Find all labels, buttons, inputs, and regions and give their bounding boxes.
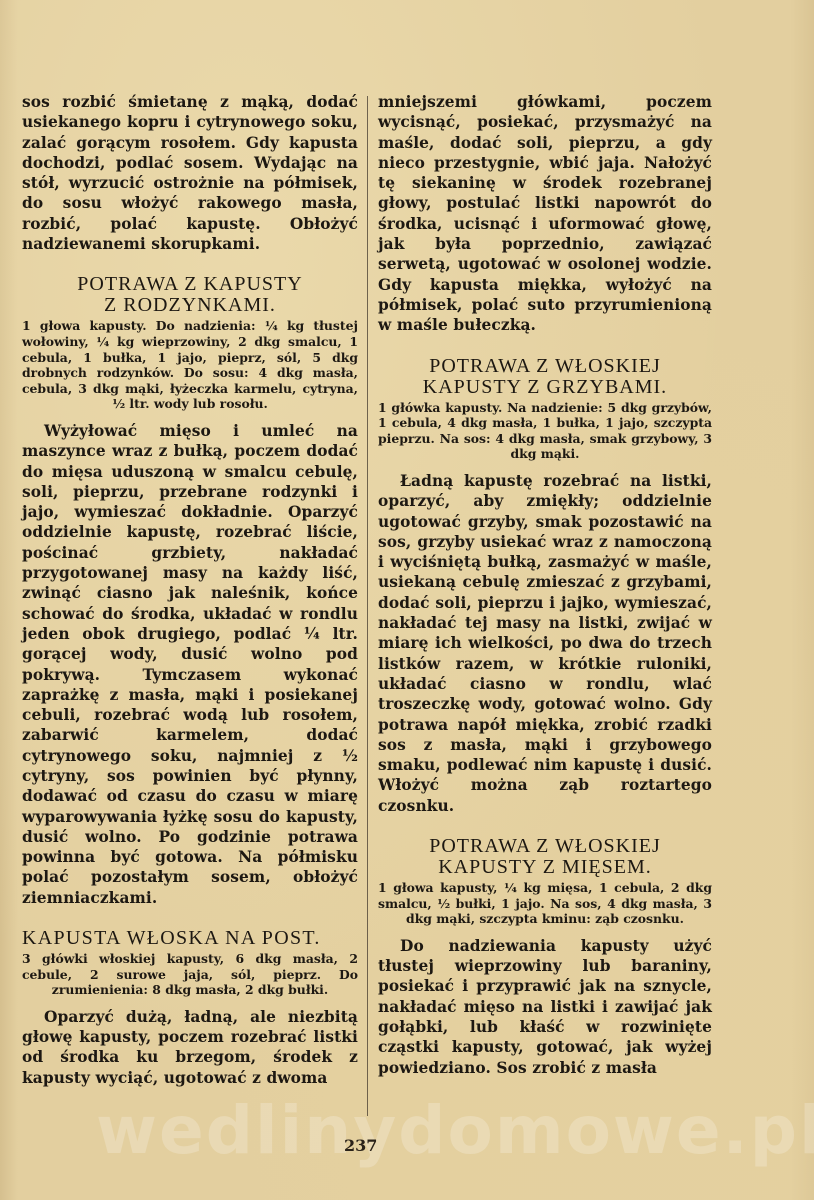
recipe-title: POTRAWA Z WŁOSKIEJ KAPUSTY Z MIĘSEM. [378,836,712,878]
recipe-title: POTRAWA Z WŁOSKIEJ KAPUSTY Z GRZYBAMI. [378,356,712,398]
recipe-title-line-2: KAPUSTY Z GRZYBAMI. [423,376,667,398]
recipe-savoy-cabbage-with-meat: POTRAWA Z WŁOSKIEJ KAPUSTY Z MIĘSEM. 1 g… [378,836,712,1078]
recipe-title-line-1: POTRAWA Z WŁOSKIEJ [429,355,661,377]
recipe-title-line-1: POTRAWA Z KAPUSTY [77,273,302,295]
recipe-method: Wyżyłować mięso i umleć na maszynce wraz… [22,421,358,908]
recipe-title-line-1: POTRAWA Z WŁOSKIEJ [429,835,661,857]
continued-paragraph: sos rozbić śmietanę z mąką, dodać usieka… [22,92,358,254]
recipe-method: Ładną kapustę rozebrać na listki, oparzy… [378,471,712,816]
recipe-cabbage-with-raisins: POTRAWA Z KAPUSTY Z RODZYNKAMI. 1 głowa … [22,274,358,908]
left-column: sos rozbić śmietanę z mąką, dodać usieka… [22,92,358,1088]
continued-paragraph: mniejszemi główkami, poczem wycisnąć, po… [378,92,712,336]
recipe-title-line-2: KAPUSTY Z MIĘSEM. [438,856,652,878]
ingredients-list: 1 główka kapusty. Na nadzienie: 5 dkg gr… [378,400,712,462]
ingredients-list: 1 głowa kapusty, ¼ kg mięsa, 1 cebula, 2… [378,880,712,927]
ingredients-list: 1 głowa kapusty. Do nadzienia: ¼ kg tłus… [22,318,358,412]
recipe-method: Do nadziewania kapusty użyć tłustej wiep… [378,936,712,1078]
book-page: sos rozbić śmietanę z mąką, dodać usieka… [0,0,814,1200]
recipe-title: POTRAWA Z KAPUSTY Z RODZYNKAMI. [22,274,358,316]
recipe-title-line-2: Z RODZYNKAMI. [104,294,276,316]
recipe-title: KAPUSTA WŁOSKA NA POST. [22,928,358,949]
recipe-method: Oparzyć dużą, ładną, ale niezbitą głowę … [22,1007,358,1088]
ingredients-list: 3 główki włoskiej kapusty, 6 dkg masła, … [22,951,358,998]
recipe-savoy-cabbage-with-mushrooms: POTRAWA Z WŁOSKIEJ KAPUSTY Z GRZYBAMI. 1… [378,356,712,816]
watermark: wedlinydomowe.pl [96,1092,814,1169]
recipe-lenten-savoy-cabbage: KAPUSTA WŁOSKA NA POST. 3 główki włoskie… [22,928,358,1088]
column-divider [367,96,368,1116]
page-number: 237 [344,1136,377,1155]
right-column: mniejszemi główkami, poczem wycisnąć, po… [378,92,712,1078]
